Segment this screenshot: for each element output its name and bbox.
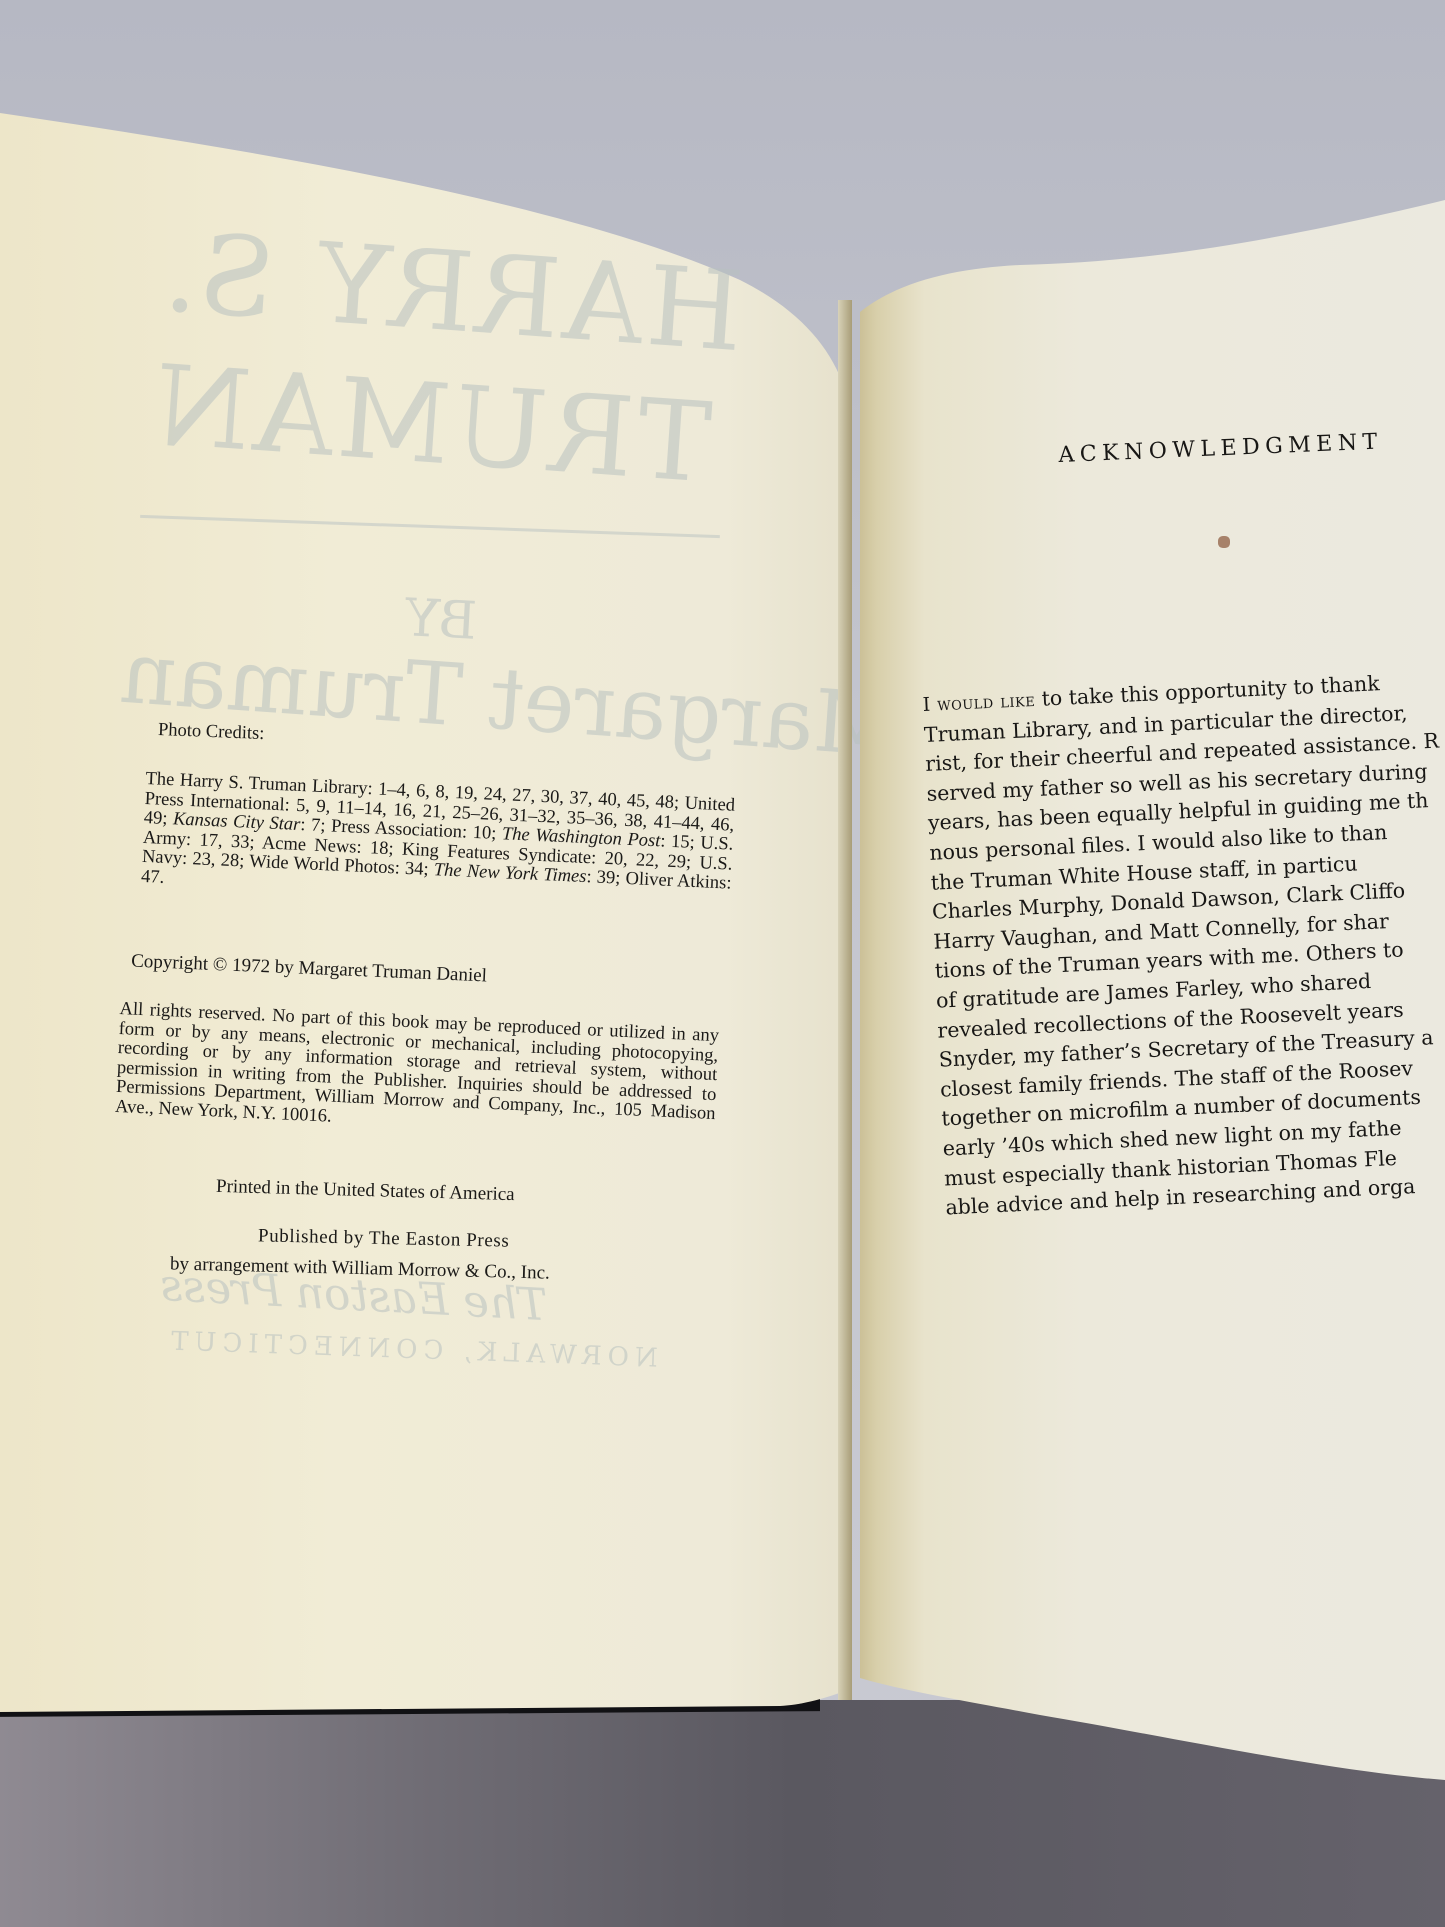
ornament-icon xyxy=(1218,536,1230,548)
lead-in-smallcaps: I would like xyxy=(922,689,1035,716)
open-book-photo: HARRY S. TRUMAN BY Margaret Truman The E… xyxy=(0,0,1445,1927)
book-gutter xyxy=(838,300,852,1700)
acknowledgments-text: I would like to take this opportunity to… xyxy=(922,667,1445,1223)
photo-credits-label: Photo Credits: xyxy=(158,720,265,745)
